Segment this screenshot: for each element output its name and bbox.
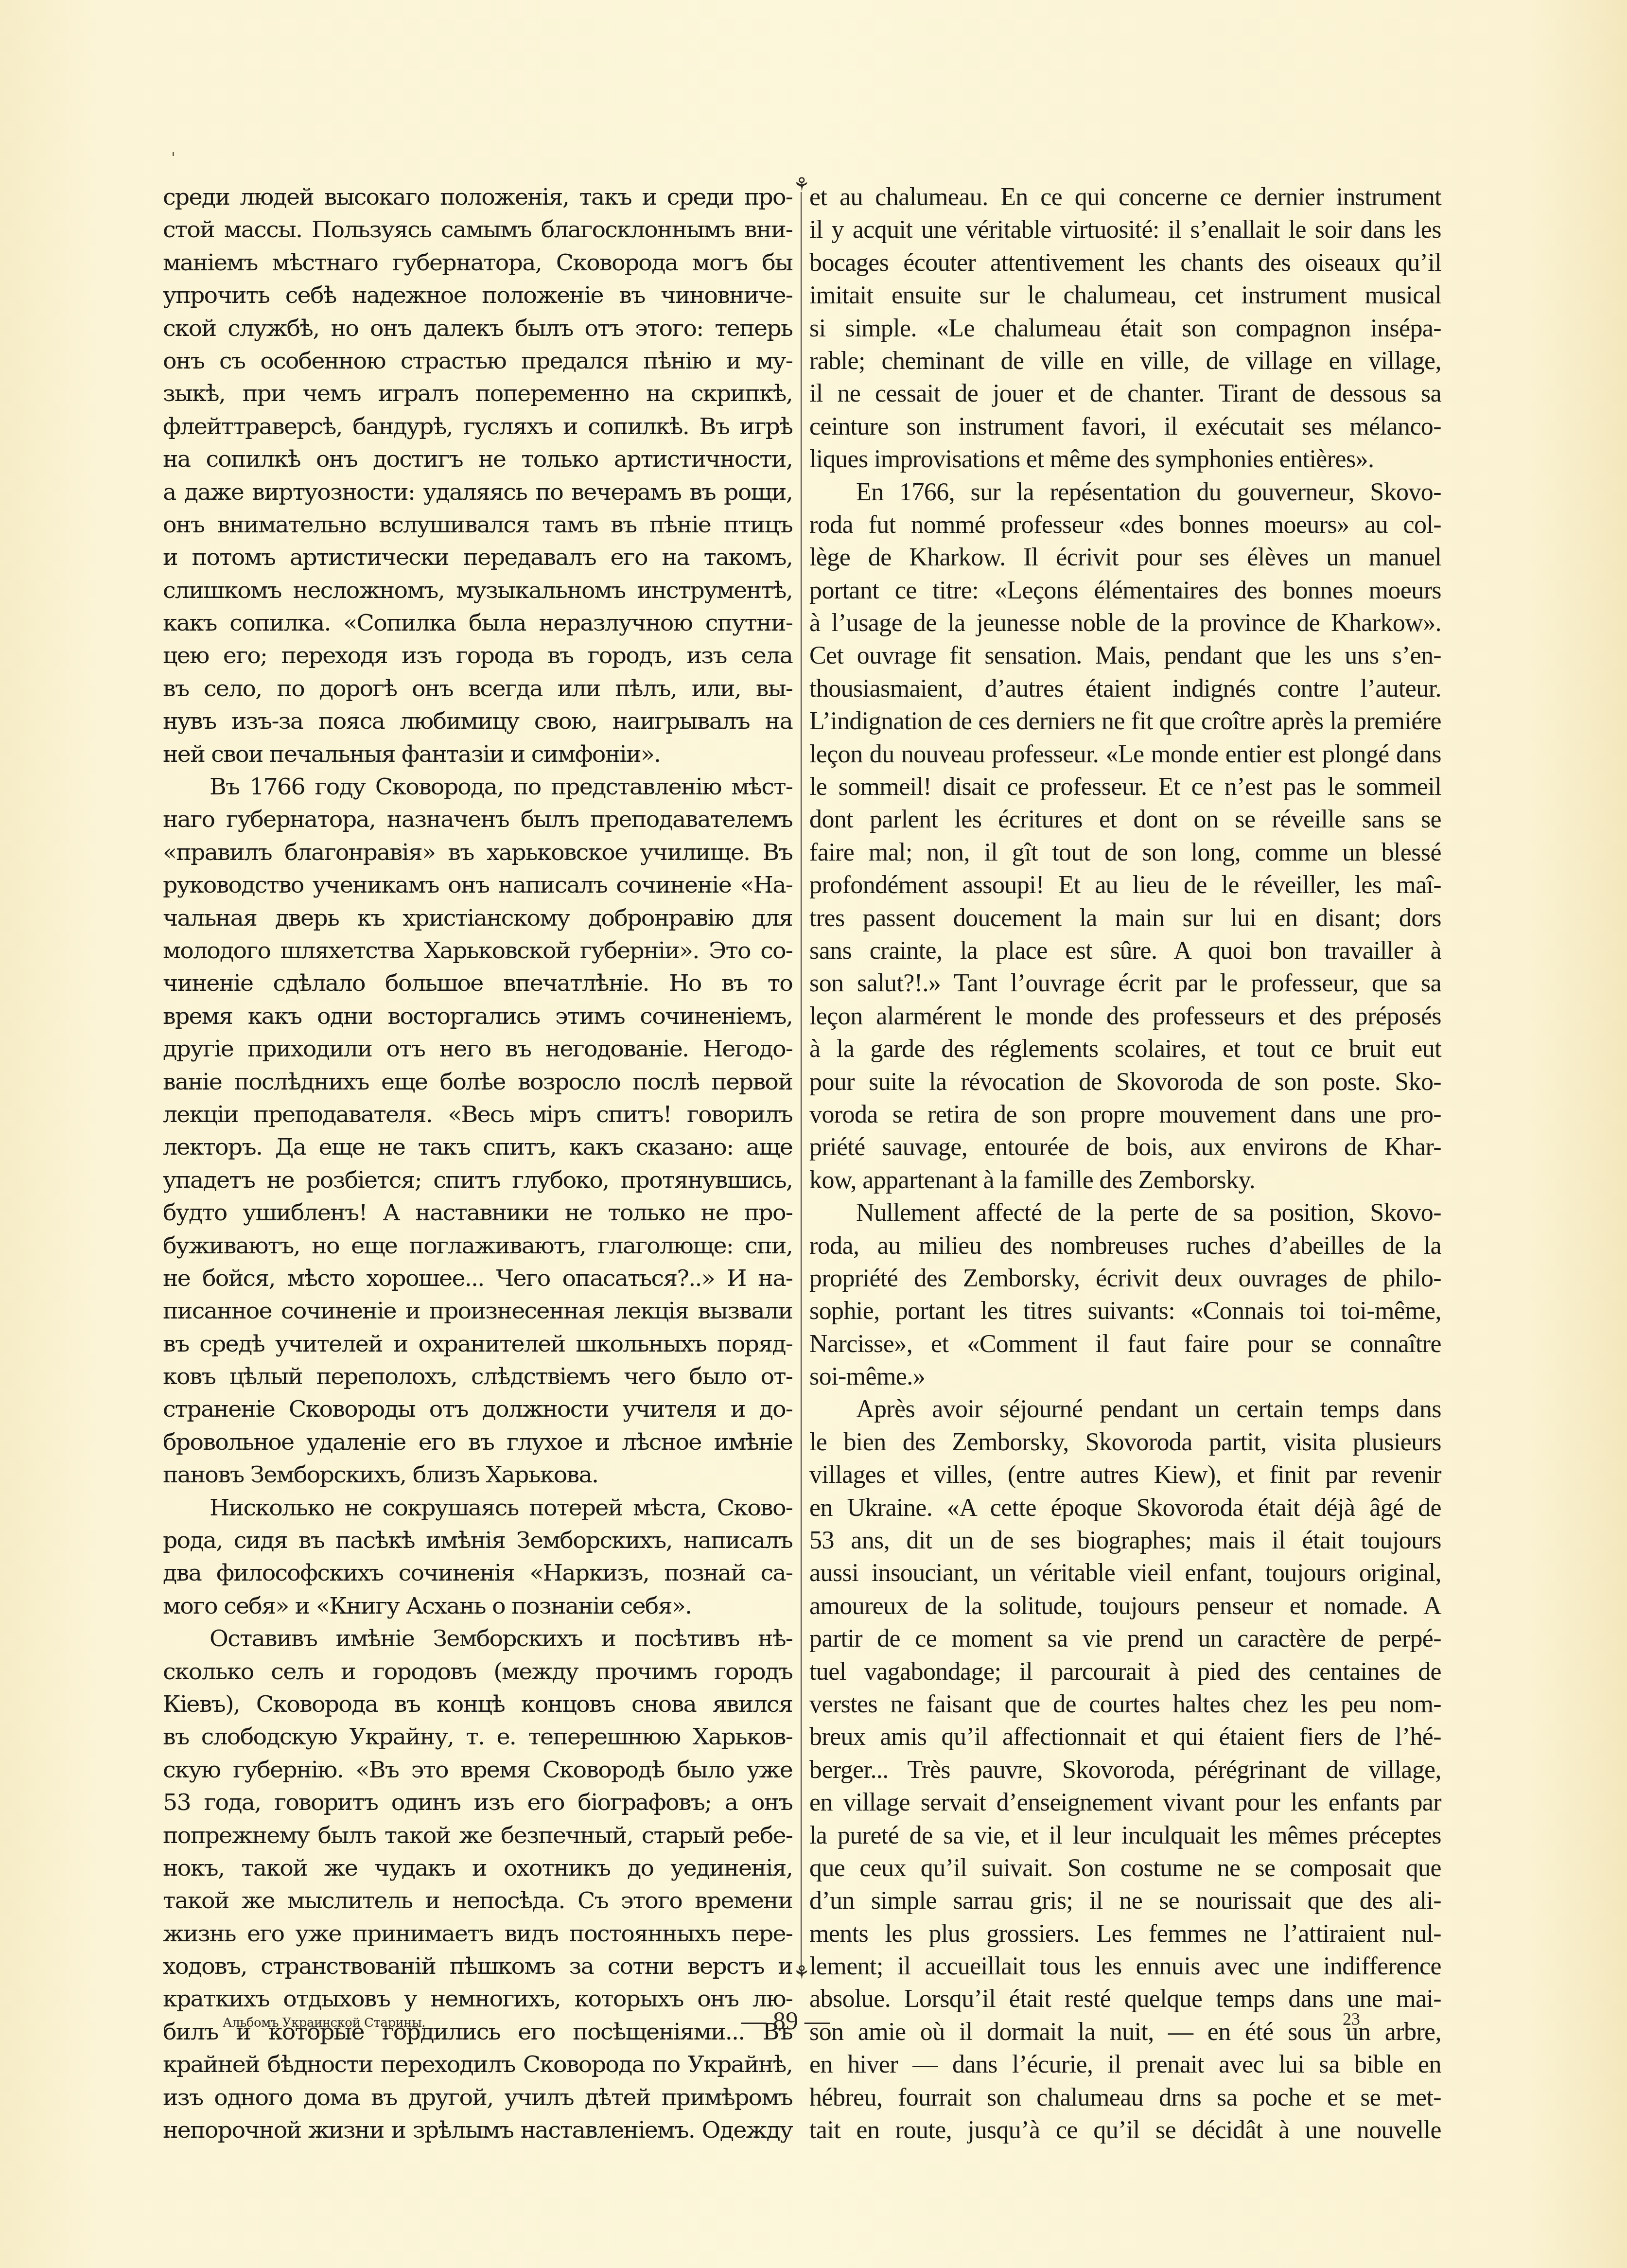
- text-line: amoureux de la solitude, toujours penseu…: [809, 1590, 1441, 1622]
- text-line: villages et villes, (entre autres Kiew),…: [809, 1459, 1441, 1491]
- text-line: tuel vagabondage; il parcourait à pied d…: [809, 1655, 1441, 1688]
- signature-mark: 23: [1343, 2009, 1360, 2029]
- text-line: другіе приходили отъ него въ негодованіе…: [163, 1033, 792, 1065]
- text-line: время какъ одни восторгались этимъ сочин…: [163, 1000, 792, 1033]
- text-line: «правилъ благонравія» въ харьковское учи…: [163, 836, 792, 869]
- text-line: не бойся, мѣсто хорошее... Чего опасатьс…: [163, 1262, 792, 1295]
- text-line: liques improvisations et même des sympho…: [809, 443, 1441, 475]
- text-line: мого себя» и «Книгу Асхань о познаніи се…: [163, 1590, 792, 1622]
- text-line: лекторъ. Да еще не такъ спитъ, какъ сказ…: [163, 1131, 792, 1163]
- column-divider-rule: [801, 192, 802, 1976]
- text-line: въ средѣ учителей и охранителей школьных…: [163, 1328, 792, 1360]
- text-line: leçon alarmérent le monde des professeur…: [809, 1000, 1441, 1033]
- text-line: упрочить себѣ надежное положеніе въ чино…: [163, 279, 792, 312]
- text-line: à la garde des réglements scolaires, et …: [809, 1033, 1441, 1065]
- text-line: 53 ans, dit un de ses biographes; mais i…: [809, 1524, 1441, 1557]
- text-line: berger... Très pauvre, Skovoroda, pérégr…: [809, 1754, 1441, 1786]
- text-line: крайней бѣдности переходилъ Сковорода по…: [163, 2048, 792, 2081]
- text-line: Кіевъ), Сковорода въ концѣ концовъ снова…: [163, 1688, 792, 1721]
- text-line: такой же мыслитель и непосѣда. Съ этого …: [163, 1884, 792, 1917]
- text-line: сколько селъ и городовъ (между прочимъ г…: [163, 1655, 792, 1688]
- text-line: tait en route, jusqu’à ce qu’il se décid…: [809, 2114, 1441, 2146]
- text-line: Après avoir séjourné pendant un certain …: [809, 1393, 1441, 1425]
- text-line: thousiasmaient, d’autres étaient indigné…: [809, 672, 1441, 705]
- text-line: ходовъ, странствованій пѣшкомъ за сотни …: [163, 1950, 792, 1983]
- text-line: il y acquit une véritable virtuosité: il…: [809, 213, 1441, 246]
- text-line: маніемъ мѣстнаго губернатора, Сковорода …: [163, 246, 792, 279]
- text-line: voroda se retira de son propre mouvement…: [809, 1098, 1441, 1131]
- text-line: L’indignation de ces derniers ne fit que…: [809, 705, 1441, 738]
- text-line: скую губернію. «Въ это время Сковородѣ б…: [163, 1754, 792, 1786]
- text-line: 53 года, говоритъ одинъ изъ его біографо…: [163, 1786, 792, 1819]
- text-line: propriété des Zemborsky, écrivit deux ou…: [809, 1262, 1441, 1295]
- text-line: пановъ Земборскихъ, близъ Харькова.: [163, 1459, 792, 1491]
- text-line: цею его; переходя изъ города въ городъ, …: [163, 639, 792, 672]
- page-number: — 89 —: [741, 2007, 830, 2036]
- text-line: soi-même.»: [809, 1360, 1441, 1393]
- text-line: и потомъ артистически передавалъ его на …: [163, 541, 792, 574]
- text-line: faire mal; non, il gît tout de son long,…: [809, 836, 1441, 869]
- text-line: стой массы. Пользуясь самымъ благосклонн…: [163, 213, 792, 246]
- text-line: чальная дверь къ христіанскому добронрав…: [163, 902, 792, 934]
- text-line: il ne cessait de jouer et de chanter. Ti…: [809, 377, 1441, 410]
- running-title: Альбомъ Украинской Старины.: [223, 2016, 425, 2030]
- text-line: а даже виртуозности: удаляясь по вечерам…: [163, 476, 792, 509]
- text-line: слишкомъ несложномъ, музыкальномъ инстру…: [163, 574, 792, 607]
- text-line: ней свои печальныя фантазіи и симфоніи».: [163, 738, 792, 771]
- text-line: et au chalumeau. En ce qui concerne ce d…: [809, 181, 1441, 213]
- text-line: руководство ученикамъ онъ написалъ сочин…: [163, 869, 792, 901]
- text-line: Нисколько не сокрушаясь потерей мѣста, С…: [163, 1492, 792, 1524]
- text-line: son salut?!.» Tant l’ouvrage écrit par l…: [809, 967, 1441, 1000]
- text-line: la pureté de sa vie, et il leur inculqua…: [809, 1819, 1441, 1852]
- text-line: страненіе Сковороды отъ должности учител…: [163, 1393, 792, 1425]
- text-line: онъ съ особенною страстью предался пѣнію…: [163, 345, 792, 377]
- text-line: roda fut nommé professeur «des bonnes mo…: [809, 509, 1441, 541]
- text-line: наго губернатора, назначенъ былъ препода…: [163, 803, 792, 836]
- text-line: profondément assoupi! Et au lieu de le r…: [809, 869, 1441, 901]
- text-line: Въ 1766 году Сковорода, по представленію…: [163, 771, 792, 803]
- text-line: зыкѣ, при чемъ игралъ попеременно на скр…: [163, 377, 792, 410]
- text-line: рода, сидя въ пасѣкѣ имѣнія Земборскихъ,…: [163, 1524, 792, 1557]
- text-line: въ село, по дорогѣ онъ всегда или пѣлъ, …: [163, 672, 792, 705]
- text-line: hébreu, fourrait son chalumeau drns sa p…: [809, 2081, 1441, 2114]
- text-line: aussi insouciant, un véritable vieil enf…: [809, 1557, 1441, 1589]
- text-line: попрежнему былъ такой же безпечный, стар…: [163, 1819, 792, 1852]
- text-line: буживаютъ, но еще поглаживаютъ, глаголющ…: [163, 1230, 792, 1262]
- text-line: въ слободскую Украйну, т. е. теперешнюю …: [163, 1721, 792, 1753]
- text-line: sans crainte, la place est sûre. A quoi …: [809, 934, 1441, 967]
- text-line: краткихъ отдыховъ у немногихъ, которыхъ …: [163, 1983, 792, 2015]
- text-line: чиненіе сдѣлало большое впечатлѣніе. Но …: [163, 967, 792, 1000]
- text-line: ceinture son instrument favori, il exécu…: [809, 410, 1441, 443]
- text-line: si simple. «Le chalumeau était son compa…: [809, 312, 1441, 345]
- paper-speck: [173, 152, 174, 156]
- book-page: среди людей высокаго положенія, такъ и с…: [0, 0, 1627, 2268]
- text-line: imitait ensuite sur le chalumeau, cet in…: [809, 279, 1441, 312]
- text-line: лекціи преподавателя. «Весь міръ спитъ! …: [163, 1098, 792, 1131]
- text-line: rable; cheminant de ville en ville, de v…: [809, 345, 1441, 377]
- text-line: en village servait d’enseignement vivant…: [809, 1786, 1441, 1819]
- text-line: непорочной жизни и зрѣлымъ наставленіемъ…: [163, 2114, 792, 2146]
- text-line: нувъ изъ-за пояса любимицу свою, наигрыв…: [163, 705, 792, 738]
- text-line: ваніе послѣднихъ еще болѣе возросло посл…: [163, 1066, 792, 1098]
- text-line: два философскихъ сочиненія «Наркизъ, поз…: [163, 1557, 792, 1589]
- left-column-russian-text: среди людей высокаго положенія, такъ и с…: [163, 181, 792, 2146]
- text-line: Narcisse», et «Comment il faut faire pou…: [809, 1328, 1441, 1360]
- text-line: en hiver — dans l’écurie, il prenait ave…: [809, 2048, 1441, 2081]
- text-line: на сопилкѣ онъ достигъ не только артисти…: [163, 443, 792, 475]
- text-line: tres passent doucement la main sur lui e…: [809, 902, 1441, 934]
- text-line: lement; il accueillait tous les ennuis a…: [809, 1950, 1441, 1983]
- text-line: ments les plus grossiers. Les femmes ne …: [809, 1917, 1441, 1950]
- text-line: нокъ, такой же чудакъ и охотникъ до уеди…: [163, 1852, 792, 1884]
- text-line: roda, au milieu des nombreuses ruches d’…: [809, 1230, 1441, 1262]
- text-line: portant ce titre: «Leçons élémentaires d…: [809, 574, 1441, 607]
- right-column-french-text: et au chalumeau. En ce qui concerne ce d…: [809, 181, 1441, 2146]
- text-line: en Ukraine. «A cette époque Skovoroda ét…: [809, 1492, 1441, 1524]
- text-line: à l’usage de la jeunesse noble de la pro…: [809, 607, 1441, 639]
- text-line: упадетъ не розбіется; спитъ глубоко, про…: [163, 1164, 792, 1196]
- text-line: писанное сочиненіе и произнесенная лекці…: [163, 1295, 792, 1327]
- text-line: priété sauvage, entourée de bois, aux en…: [809, 1131, 1441, 1163]
- text-line: d’un simple sarrau gris; il ne se nouris…: [809, 1884, 1441, 1917]
- text-line: sophie, portant les titres suivants: «Co…: [809, 1295, 1441, 1327]
- text-line: ковъ цѣлый переполохъ, слѣдствіемъ чего …: [163, 1360, 792, 1393]
- ornament-fleuron-icon: ⚘: [793, 1963, 810, 1982]
- text-line: lège de Kharkow. Il écrivit pour ses élè…: [809, 541, 1441, 574]
- text-line: Nullement affecté de la perte de sa posi…: [809, 1196, 1441, 1229]
- text-line: bocages écouter attentivement les chants…: [809, 246, 1441, 279]
- text-line: que ceux qu’il suivait. Son costume ne s…: [809, 1852, 1441, 1884]
- text-line: какъ сопилка. «Сопилка была неразлучною …: [163, 607, 792, 639]
- text-line: Cet ouvrage fit sensation. Mais, pendant…: [809, 639, 1441, 672]
- ornament-fleuron-icon: ⚘: [793, 175, 810, 193]
- text-line: le bien des Zemborsky, Skovoroda partit,…: [809, 1426, 1441, 1459]
- text-line: le sommeil! disait ce professeur. Et ce …: [809, 771, 1441, 803]
- text-line: dont parlent les écritures et dont on se…: [809, 803, 1441, 836]
- text-line: breux amis qu’il affectionnait et qui ét…: [809, 1721, 1441, 1753]
- text-line: жизнь его уже принимаетъ видъ постоянных…: [163, 1917, 792, 1950]
- text-line: pour suite la révocation de Skovoroda de…: [809, 1066, 1441, 1098]
- text-line: молодого шляхетства Харьковской губерніи…: [163, 934, 792, 967]
- text-line: флейттраверсѣ, бандурѣ, гусляхъ и сопилк…: [163, 410, 792, 443]
- text-line: онъ внимательно вслушивался тамъ въ пѣні…: [163, 509, 792, 541]
- text-line: изъ одного дома въ другой, училъ дѣтей п…: [163, 2081, 792, 2114]
- text-line: среди людей высокаго положенія, такъ и с…: [163, 181, 792, 213]
- text-line: partir de ce moment sa vie prend un cara…: [809, 1622, 1441, 1655]
- text-line: verstes ne faisant que de courtes haltes…: [809, 1688, 1441, 1721]
- text-line: Оставивъ имѣніе Земборскихъ и посѣтивъ н…: [163, 1622, 792, 1655]
- text-line: будто ушибленъ! А наставники не только н…: [163, 1196, 792, 1229]
- text-line: ской службѣ, но онъ далекъ былъ отъ этог…: [163, 312, 792, 345]
- text-line: kow, appartenant à la famille des Zembor…: [809, 1164, 1441, 1196]
- text-line: En 1766, sur la repésentation du gouvern…: [809, 476, 1441, 509]
- text-line: бровольное удаленіе его въ глухое и лѣсн…: [163, 1426, 792, 1459]
- text-line: leçon du nouveau professeur. «Le monde e…: [809, 738, 1441, 771]
